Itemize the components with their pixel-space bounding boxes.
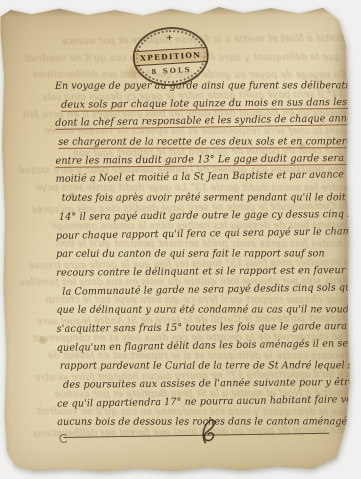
paraph-flourish-icon — [195, 417, 221, 447]
manuscript-line: ce qu'il appartiendra 17° ne pourra aucu… — [57, 391, 328, 414]
manuscript-line: dont la chef sera responsable et les syn… — [55, 111, 326, 134]
manuscript-text: En voyage de payer au garde ainsi que fu… — [55, 76, 339, 433]
manuscript-line: la Communauté le garde ne sera payé desd… — [62, 279, 327, 302]
manuscript-line: aucuns bois de dessous les roches dans l… — [57, 414, 325, 433]
foxing-spot — [37, 336, 49, 345]
manuscript-line: moitié a Noel et moitié a la St Jean Bap… — [55, 167, 326, 190]
deckled-top-edge — [0, 4, 347, 17]
scanned-manuscript-photo: moitié a Noel et moitié a la St Jean Bap… — [0, 0, 361, 479]
manuscript-line: En voyage de payer au garde ainsi que fu… — [55, 77, 323, 96]
manuscript-paper: moitié a Noel et moitié a la St Jean Bap… — [0, 4, 350, 473]
manuscript-line: quelqu'un en flagrant délit dans les boi… — [57, 335, 328, 358]
manuscript-line: pour chaque rapport qu'il fera ce qui se… — [56, 223, 327, 246]
paper-shadow: moitié a Noel et moitié a la St Jean Bap… — [0, 0, 361, 479]
